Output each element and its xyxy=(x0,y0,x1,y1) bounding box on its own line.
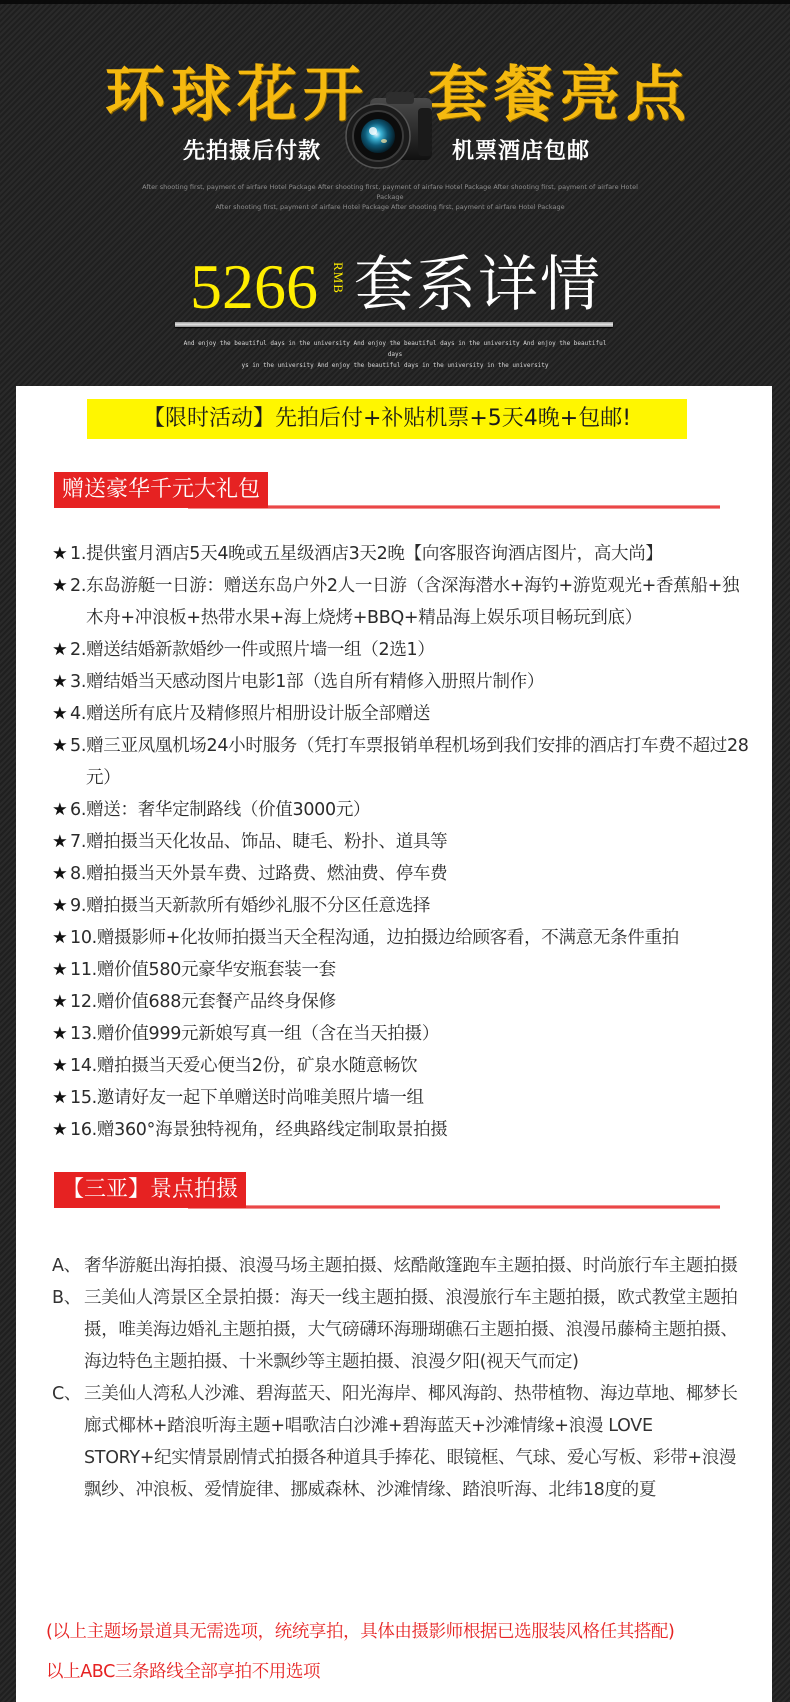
gift-item: ★4.赠送所有底片及精修照片相册设计版全部赠送 xyxy=(52,698,752,730)
top-edge xyxy=(0,0,790,4)
tagline-line: And enjoy the beautiful days in the univ… xyxy=(180,338,610,360)
star-icon: ★ xyxy=(52,986,70,1018)
gift-item: ★2.东岛游艇一日游：赠送东岛户外2人一日游（含深海潜水+海钓+游览观光+香蕉船… xyxy=(52,570,752,634)
star-icon: ★ xyxy=(52,570,70,602)
gift-item: ★13.赠价值999元新娘写真一组（含在当天拍摄） xyxy=(52,1018,752,1050)
star-icon: ★ xyxy=(52,730,70,762)
spot-list: A、奢华游艇出海拍摄、浪漫马场主题拍摄、炫酷敞篷跑车主题拍摄、时尚旅行车主题拍摄… xyxy=(52,1250,742,1506)
star-icon: ★ xyxy=(52,698,70,730)
gift-item: ★12.赠价值688元套餐产品终身保修 xyxy=(52,986,752,1018)
gift-item: ★14.赠拍摄当天爱心便当2份，矿泉水随意畅饮 xyxy=(52,1050,752,1082)
spot-section-underline xyxy=(188,1205,720,1209)
gift-item: ★10.赠摄影师+化妆师拍摄当天全程沟通，边拍摄边给顾客看，不满意无条件重拍 xyxy=(52,922,752,954)
gift-item: ★16.赠360°海景独特视角，经典路线定制取景拍摄 xyxy=(52,1114,752,1146)
star-icon: ★ xyxy=(52,922,70,954)
star-icon: ★ xyxy=(52,666,70,698)
hero-title-left: 环球花开 xyxy=(105,60,369,130)
tagline-line: After shooting first, payment of airfare… xyxy=(140,202,640,212)
star-icon: ★ xyxy=(52,1050,70,1082)
gift-item: ★2.赠送结婚新款婚纱一件或照片墙一组（2选1） xyxy=(52,634,752,666)
hero-title-right: 套餐亮点 xyxy=(428,60,692,130)
hero-subtitle-left: 先拍摄后付款 xyxy=(183,137,321,167)
package-english-tagline: And enjoy the beautiful days in the univ… xyxy=(180,338,610,371)
gift-item: ★3.赠结婚当天感动图片电影1部（选自所有精修入册照片制作） xyxy=(52,666,752,698)
star-icon: ★ xyxy=(52,538,70,570)
star-icon: ★ xyxy=(52,890,70,922)
gift-item: ★5.赠三亚凤凰机场24小时服务（凭打车票报销单程机场到我们安排的酒店打车费不超… xyxy=(52,730,752,794)
spot-letter: A、 xyxy=(52,1250,84,1282)
spot-letter: C、 xyxy=(52,1378,84,1410)
gift-item: ★7.赠拍摄当天化妆品、饰品、睫毛、粉扑、道具等 xyxy=(52,826,752,858)
star-icon: ★ xyxy=(52,826,70,858)
gift-section-heading: 赠送豪华千元大礼包 xyxy=(54,472,268,508)
gift-item: ★15.邀请好友一起下单赠送时尚唯美照片墙一组 xyxy=(52,1082,752,1114)
gift-item: ★9.赠拍摄当天新款所有婚纱礼服不分区任意选择 xyxy=(52,890,752,922)
tagline-line: After shooting first, payment of airfare… xyxy=(140,182,640,202)
star-icon: ★ xyxy=(52,794,70,826)
promo-banner: 【限时活动】先拍后付+补贴机票+5天4晚+包邮! xyxy=(87,399,687,439)
spot-item: B、三美仙人湾景区全景拍摄：海天一线主题拍摄、浪漫旅行车主题拍摄，欧式教堂主题拍… xyxy=(52,1282,742,1378)
spot-item: C、三美仙人湾私人沙滩、碧海蓝天、阳光海岸、椰风海韵、热带植物、海边草地、椰梦长… xyxy=(52,1378,742,1506)
hero-english-tagline: After shooting first, payment of airfare… xyxy=(140,182,640,212)
star-icon: ★ xyxy=(52,634,70,666)
gift-item: ★1.提供蜜月酒店5天4晚或五星级酒店3天2晚【向客服咨询酒店图片，高大尚】 xyxy=(52,538,752,570)
star-icon: ★ xyxy=(52,858,70,890)
gift-list: ★1.提供蜜月酒店5天4晚或五星级酒店3天2晚【向客服咨询酒店图片，高大尚】 ★… xyxy=(52,538,752,1146)
divider xyxy=(175,322,613,327)
gift-item: ★8.赠拍摄当天外景车费、过路费、燃油费、停车费 xyxy=(52,858,752,890)
spot-item: A、奢华游艇出海拍摄、浪漫马场主题拍摄、炫酷敞篷跑车主题拍摄、时尚旅行车主题拍摄 xyxy=(52,1250,742,1282)
tagline-line: ys in the university And enjoy the beaut… xyxy=(180,360,610,371)
spot-section-heading: 【三亚】景点拍摄 xyxy=(54,1172,246,1208)
gift-item: ★11.赠价值580元豪华安瓶套装一套 xyxy=(52,954,752,986)
star-icon: ★ xyxy=(52,1018,70,1050)
package-price: 5266 xyxy=(190,255,318,319)
spot-note-props: (以上主题场景道具无需选项，统统享拍，具体由摄影师根据已选服装风格任其搭配) xyxy=(46,1618,674,1646)
star-icon: ★ xyxy=(52,1082,70,1114)
camera-icon xyxy=(342,92,440,170)
hero-subtitle-right: 机票酒店包邮 xyxy=(452,137,590,167)
star-icon: ★ xyxy=(52,1114,70,1146)
gift-item: ★6.赠送：奢华定制路线（价值3000元） xyxy=(52,794,752,826)
star-icon: ★ xyxy=(52,954,70,986)
currency-label: RMB xyxy=(330,262,346,312)
spot-note-routes: 以上ABC三条路线全部享拍不用选项 xyxy=(46,1658,320,1686)
spot-letter: B、 xyxy=(52,1282,84,1314)
package-title: 套系详情 xyxy=(354,250,602,320)
